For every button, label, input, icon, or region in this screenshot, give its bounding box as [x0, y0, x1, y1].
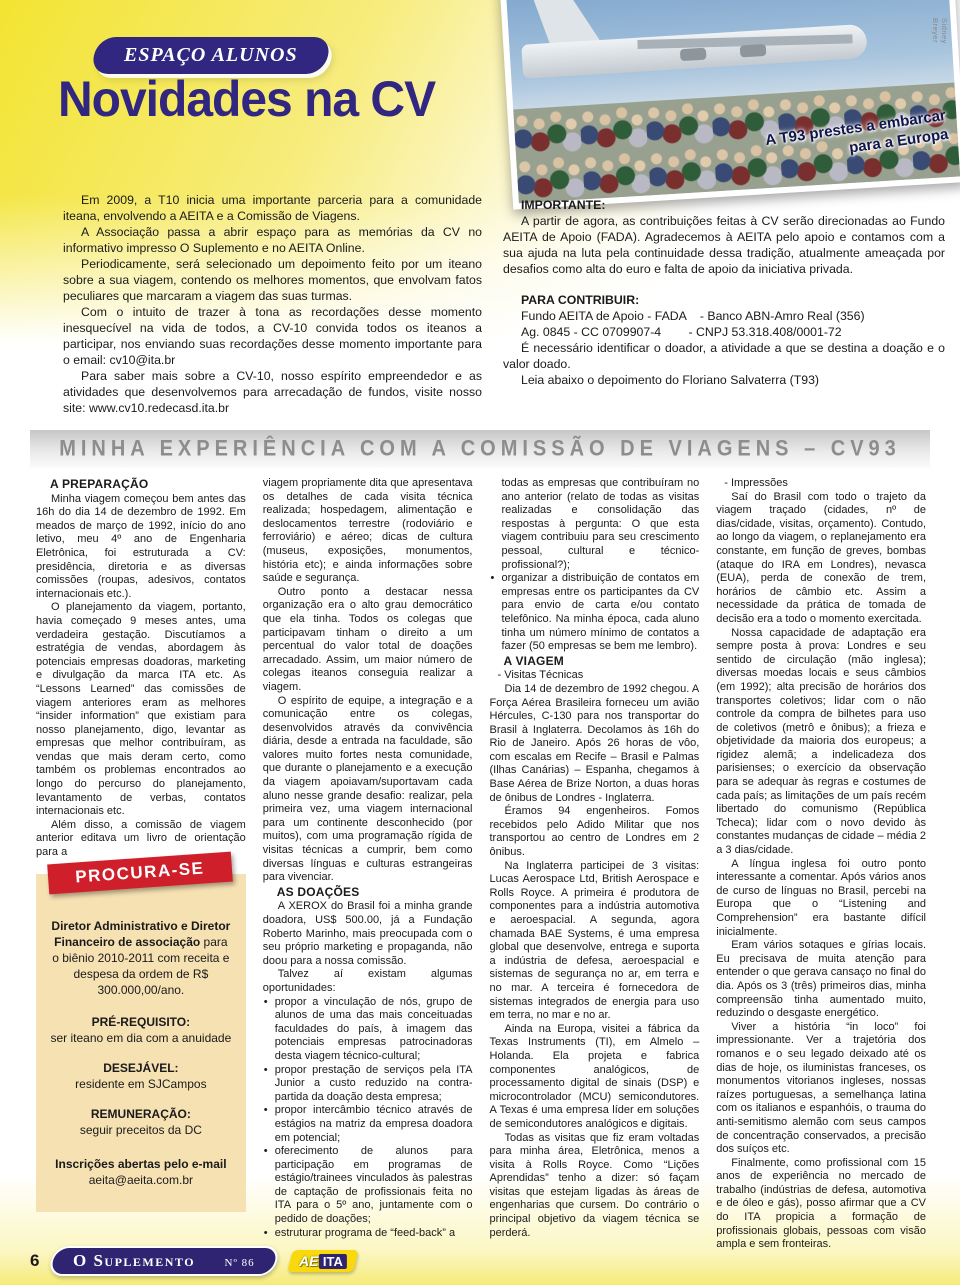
page-number: 6 [30, 1251, 39, 1271]
prerequisite-label: PRÉ-REQUISITO: [50, 1014, 232, 1030]
article-paragraph: Dia 14 de dezembro de 1992 chegou. A For… [490, 683, 700, 805]
important-label: IMPORTANTE: [503, 197, 945, 213]
article-column-1: A PREPARAÇÃOMinha viagem começou bem ant… [36, 477, 246, 1252]
prerequisite-text: ser iteano em dia com a anuidade [50, 1030, 232, 1046]
column-subheading: - Impressões [716, 477, 926, 491]
bullet-item: organizar a distribuição de contatos em … [490, 572, 700, 654]
photo-scene [506, 0, 960, 203]
masthead-title: O Suplemento [73, 1251, 195, 1271]
article-paragraph: Eram vários sotaques e gírias locais. Eu… [716, 939, 926, 1021]
issue-number: Nº 86 [225, 1257, 255, 1269]
contribute-note: É necessário identificar o doador, a ati… [503, 340, 945, 372]
important-text: A partir de agora, as contribuições feit… [503, 213, 945, 277]
testimonial-lead: Leia abaixo o depoimento do Floriano Sal… [503, 372, 945, 388]
article-paragraph: Outro ponto a destacar nessa organização… [263, 586, 473, 695]
article-column-2: viagem propriamente dita que apresentava… [263, 477, 473, 1252]
procura-se-box: PROCURA-SE Diretor Administrativo e Dire… [36, 874, 246, 1212]
column-subheading: - Visitas Técnicas [490, 669, 700, 683]
article-columns: A PREPARAÇÃOMinha viagem começou bem ant… [36, 477, 926, 1252]
aeita-logo: AE ITA [287, 1250, 359, 1272]
procura-se-lead: Diretor Administrativo e Diretor Finance… [50, 918, 232, 998]
contribute-line: Fundo AEITA de Apoio - FADA - Banco ABN-… [503, 308, 945, 324]
article-column-3: todas as empresas que contribuíram no an… [490, 477, 700, 1252]
aeita-logo-ae: AE [299, 1253, 318, 1269]
article-paragraph: Na Inglaterra participei de 3 visitas: L… [490, 860, 700, 1023]
intro-paragraph: Com o intuito de trazer à tona as record… [63, 304, 482, 368]
bullet-item: propor intercâmbio técnico através de es… [263, 1104, 473, 1145]
page-footer: 6 O Suplemento Nº 86 AE ITA [30, 1246, 356, 1276]
aeita-logo-ita: ITA [319, 1254, 347, 1269]
newsletter-page: ESPAÇO ALUNOS Novidades na CV A T93 pres… [0, 0, 960, 1285]
registration-label: Inscrições abertas pelo e-mail [50, 1156, 232, 1172]
intro-column-right: IMPORTANTE: A partir de agora, as contri… [503, 197, 945, 388]
remuneration-label: REMUNERAÇÃO: [50, 1106, 232, 1122]
desirable-label: DESEJÁVEL: [50, 1060, 232, 1076]
article-paragraph: Ainda na Europa, visitei a fábrica da Te… [490, 1023, 700, 1132]
photo-credit: Sidney Breyer [931, 18, 949, 44]
article-paragraph: Minha viagem começou bem antes das 16h d… [36, 493, 246, 602]
intro-column-left: Em 2009, a T10 inicia uma importante par… [63, 192, 482, 416]
bullet-item: propor prestação de serviços pela ITA Ju… [263, 1064, 473, 1105]
remuneration-text: seguir preceitos da DC [50, 1122, 232, 1138]
desirable-text: residente em SJCampos [50, 1076, 232, 1092]
intro-paragraph: A Associação passa a abrir espaço para a… [63, 224, 482, 256]
article-paragraph: Todas as visitas que fiz eram voltadas p… [490, 1132, 700, 1241]
article-paragraph: Viver a história “in loco” foi impressio… [716, 1021, 926, 1157]
column-heading: AS DOAÇÕES [263, 886, 473, 900]
section-badge: ESPAÇO ALUNOS [90, 37, 331, 74]
airplane-engine [680, 48, 707, 62]
bullet-item: estruturar programa de “feed-back” a [263, 1227, 473, 1241]
article-paragraph: Talvez aí existam algumas oportunidades: [263, 968, 473, 995]
group-photo [500, 0, 960, 210]
article-paragraph: Saí do Brasil com todo o trajeto da viag… [716, 491, 926, 627]
intro-paragraph: Em 2009, a T10 inicia uma importante par… [63, 192, 482, 224]
column-heading: A PREPARAÇÃO [36, 478, 246, 492]
article-column-4: - ImpressõesSaí do Brasil com todo o tra… [716, 477, 926, 1252]
article-paragraph: Finalmente, como profissional com 15 ano… [716, 1157, 926, 1252]
article-paragraph: A XEROX do Brasil foi a minha grande doa… [263, 900, 473, 968]
column-heading: A VIAGEM [490, 655, 700, 669]
article-paragraph: A língua inglesa foi outro ponto interes… [716, 858, 926, 940]
airplane-engine [740, 44, 767, 58]
article-paragraph: viagem propriamente dita que apresentava… [263, 477, 473, 586]
bullet-item: propor a vinculação de nós, grupo de alu… [263, 996, 473, 1064]
contribute-label: PARA CONTRIBUIR: [503, 292, 945, 308]
bullet-item: oferecimento de alunos para participação… [263, 1145, 473, 1227]
article-paragraph: O espírito de equipe, a integração e a c… [263, 695, 473, 885]
contribute-line: Ag. 0845 - CC 0709907-4 - CNPJ 53.318.40… [503, 324, 945, 340]
intro-paragraph: Periodicamente, será selecionado um depo… [63, 256, 482, 304]
registration-email: aeita@aeita.com.br [50, 1172, 232, 1188]
bullet-continuation: todas as empresas que contribuíram no an… [490, 477, 700, 572]
article-title-band: MINHA EXPERIÊNCIA COM A COMISSÃO DE VIAG… [30, 430, 930, 468]
article-paragraph: Éramos 94 engenheiros. Fomos recebidos p… [490, 805, 700, 859]
intro-paragraph: Para saber mais sobre a CV-10, nosso esp… [63, 368, 482, 416]
page-title: Novidades na CV [58, 71, 435, 129]
section-badge-label: ESPAÇO ALUNOS [124, 44, 298, 67]
article-paragraph: O planejamento da viagem, portanto, havi… [36, 601, 246, 819]
masthead-pill: O Suplemento Nº 86 [48, 1246, 282, 1276]
article-paragraph: Nossa capacidade de adaptação era sempre… [716, 627, 926, 858]
article-title: MINHA EXPERIÊNCIA COM A COMISSÃO DE VIAG… [59, 436, 901, 461]
